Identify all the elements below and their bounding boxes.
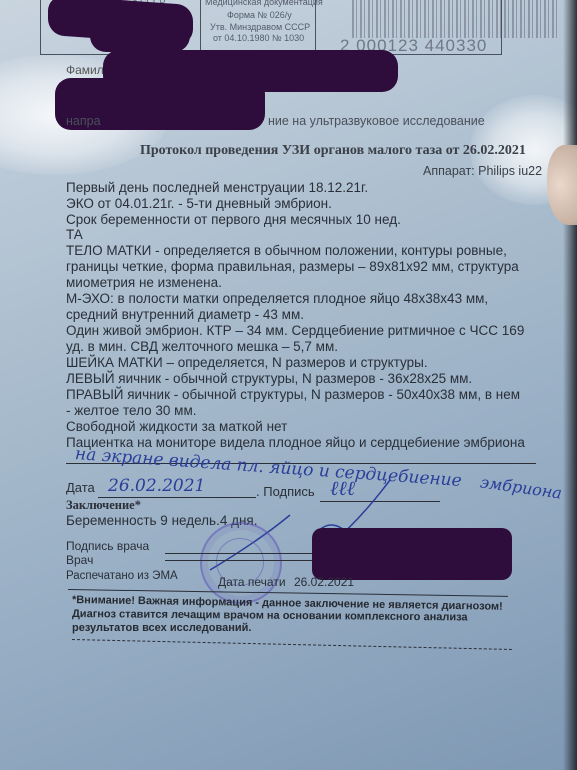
doctor-underline: [165, 560, 315, 561]
printed-from: Распечатано из ЭМА: [66, 570, 178, 582]
finding-line: миометрия не изменена.: [66, 275, 222, 290]
device-label: Аппарат: Philips iu22: [423, 164, 542, 178]
finding-line: Свободной жидкости за маткой нет: [66, 419, 287, 434]
warning-dash-separator: [72, 639, 512, 650]
approved-by: Утв. Минздравом СССР: [210, 22, 310, 32]
finding-line: ШЕЙКА МАТКИ – определяется, N размеров и…: [66, 355, 428, 370]
redaction-doctor-name: [312, 528, 512, 580]
finding-line: уд. в мин. СВД желточного мешка – 5,7 мм…: [66, 339, 338, 354]
finding-line: ТА: [66, 227, 83, 242]
conclusion-label: Заключение*: [66, 498, 141, 513]
doctor-signature-label: Подпись врача: [66, 539, 149, 553]
referral-suffix: ние на ультразвуковое исследование: [268, 114, 485, 128]
warning-line-3: результатов всех исследований.: [72, 622, 251, 634]
date-label: Дата: [66, 480, 95, 495]
form-title: Медицинская документация: [205, 0, 323, 7]
header-divider: [315, 0, 316, 54]
print-date: 26.02.2021: [294, 575, 354, 589]
referral-prefix: напра: [66, 114, 101, 128]
finding-line: средний внутренний диаметр - 43 мм.: [66, 307, 304, 322]
finding-line: Срок беременности от первого дня месячны…: [66, 212, 401, 227]
handwritten-note-2: эмбриона: [479, 472, 563, 502]
finding-line: ПРАВЫЙ яичник - обычной структуры, N раз…: [66, 387, 520, 402]
header-divider: [200, 0, 201, 54]
barcode: [352, 0, 558, 38]
print-date-label: Дата печати: [218, 575, 286, 589]
page-edge-shadow: [563, 0, 577, 770]
finding-line: Первый день последней менструации 18.12.…: [66, 180, 368, 195]
finding-line: М-ЭХО: в полости матки определяется плод…: [66, 291, 488, 306]
finding-line: - желтое тело 30 мм.: [66, 403, 196, 418]
form-number: Форма № 026/у: [227, 10, 292, 20]
redaction-top-2: [90, 10, 190, 52]
protocol-title: Протокол проведения УЗИ органов малого т…: [140, 143, 526, 159]
finding-line: Один живой эмбрион. КТР – 34 мм. Сердцеб…: [66, 323, 524, 338]
doctor-signature-underline: [165, 553, 315, 554]
finding-line: ЛЕВЫЙ яичник - обычной структуры, N разм…: [66, 371, 472, 386]
doctor-label: Врач: [66, 553, 93, 567]
finding-line: ЭКО от 04.01.21г. - 5-ти дневный эмбрион…: [66, 196, 332, 211]
approved-date: от 04.10.1980 № 1030: [213, 33, 304, 43]
finger: [547, 145, 577, 225]
finding-line: границы четкие, форма правильная, размер…: [66, 259, 519, 274]
finding-line: ТЕЛО МАТКИ - определяется в обычном поло…: [66, 243, 507, 258]
handwritten-date: 26.02.2021: [108, 476, 205, 496]
